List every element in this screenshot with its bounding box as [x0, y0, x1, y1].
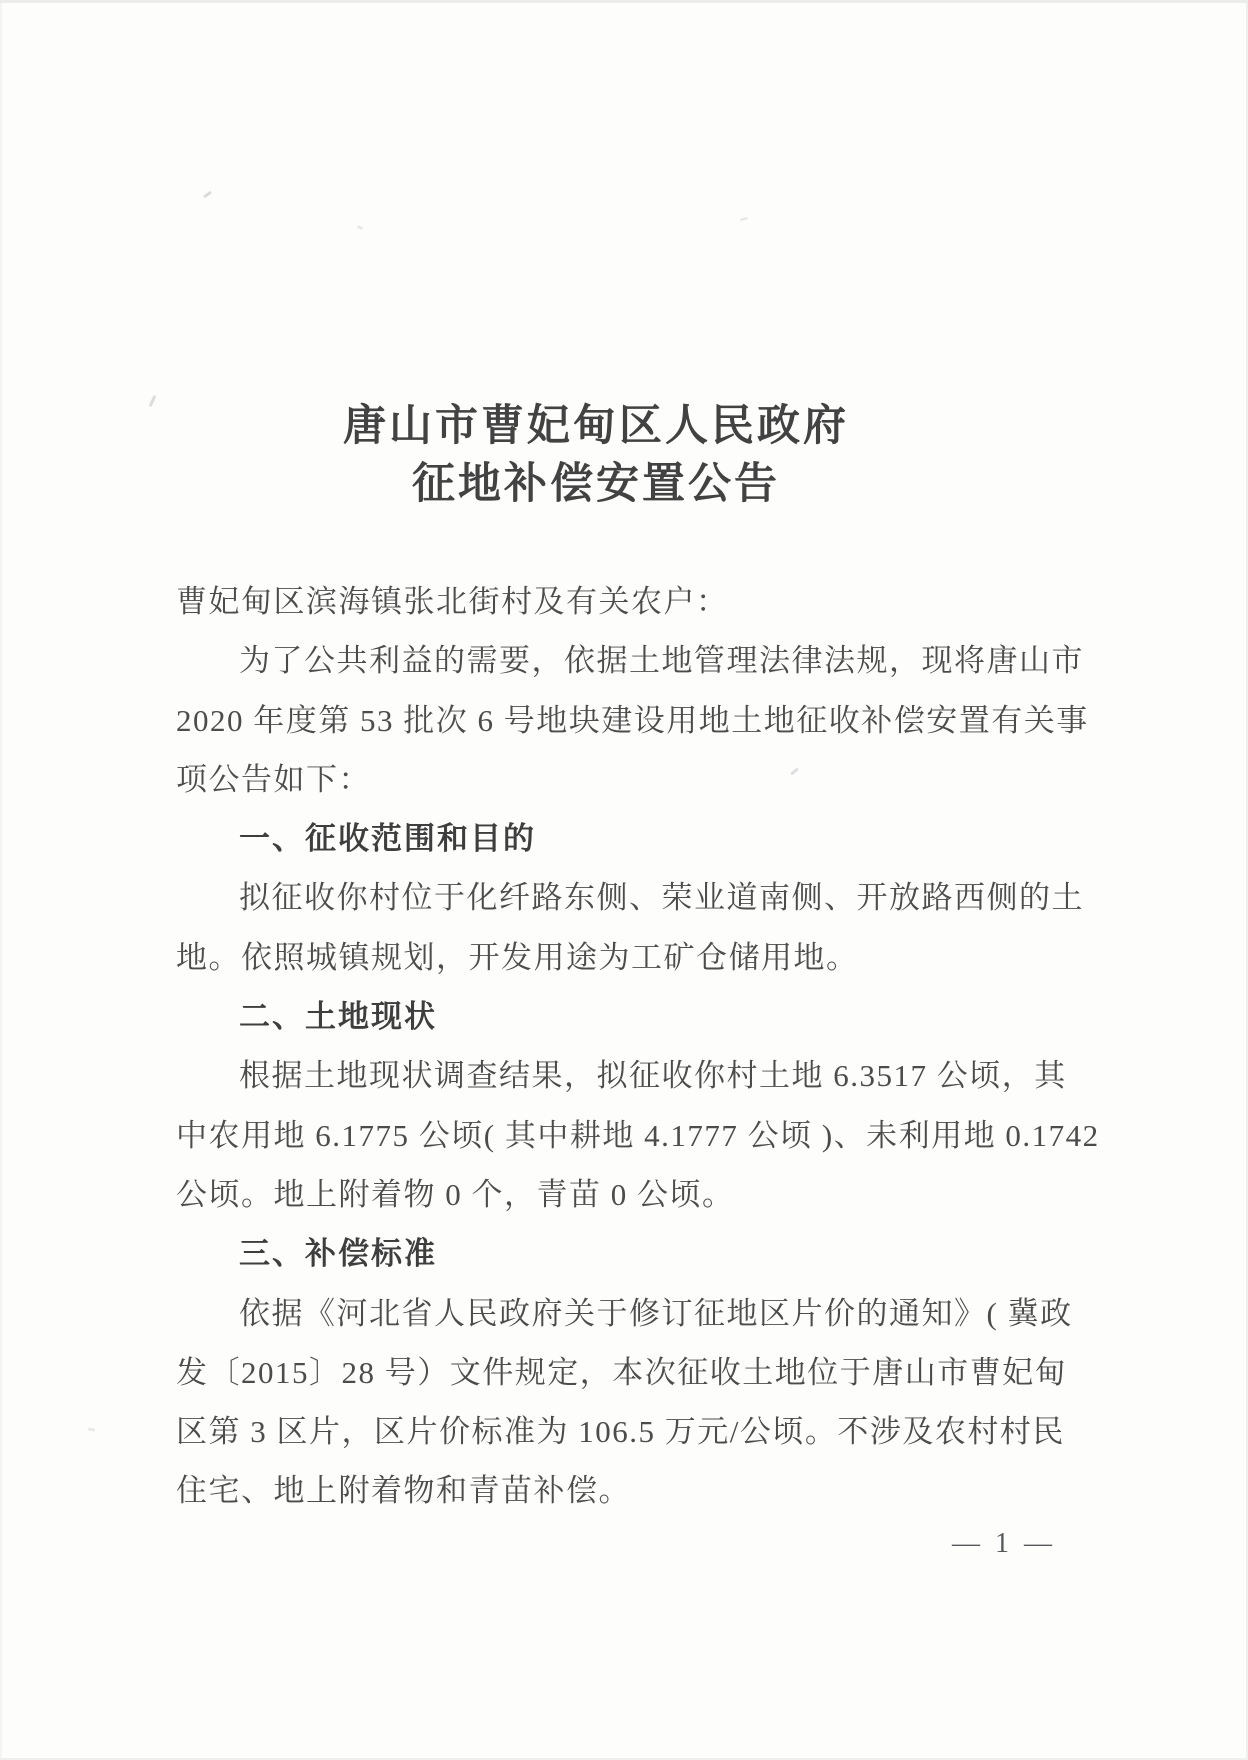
scan-artifact: [740, 217, 748, 221]
paragraph-line: 中农用地 6.1775 公顷( 其中耕地 4.1777 公顷 )、未利用地 0.…: [176, 1106, 1022, 1165]
title-line-2: 征地补偿安置公告: [176, 456, 1016, 514]
scan-artifact: [203, 191, 212, 199]
page-number: — 1 —: [952, 1528, 1056, 1560]
paragraph-line: 住宅、地上附着物和青苗补偿。: [176, 1461, 1022, 1520]
document-title: 唐山市曹妃甸区人民政府 征地补偿安置公告: [176, 398, 1016, 514]
paragraph-line: 发〔2015〕28 号）文件规定，本次征收土地位于唐山市曹妃甸: [176, 1343, 1022, 1402]
paragraph-line: 项公告如下：: [176, 750, 1022, 809]
paragraph-line: 公顷。地上附着物 0 个，青苗 0 公顷。: [176, 1165, 1022, 1224]
paragraph-line: 地。依照城镇规划，开发用途为工矿仓储用地。: [176, 928, 1022, 987]
paragraph-line: 根据土地现状调查结果，拟征收你村土地 6.3517 公顷，其: [176, 1046, 1022, 1105]
section-2-heading: 二、土地现状: [176, 987, 1022, 1046]
paragraph-line: 为了公共利益的需要，依据土地管理法律法规，现将唐山市: [176, 631, 1022, 690]
paragraph-line: 依据《河北省人民政府关于修订征地区片价的通知》( 冀政: [176, 1284, 1022, 1343]
paragraph-line: 2020 年度第 53 批次 6 号地块建设用地土地征收补偿安置有关事: [176, 691, 1022, 750]
section-3-heading: 三、补偿标准: [176, 1224, 1022, 1283]
salutation: 曹妃甸区滨海镇张北街村及有关农户：: [176, 572, 1022, 631]
document-page: 唐山市曹妃甸区人民政府 征地补偿安置公告 曹妃甸区滨海镇张北街村及有关农户： 为…: [0, 0, 1248, 1760]
scan-artifact: [149, 395, 157, 407]
paragraph-line: 拟征收你村位于化纤路东侧、荣业道南侧、开放路西侧的土: [176, 868, 1022, 927]
scan-artifact: [357, 225, 364, 230]
document-body: 曹妃甸区滨海镇张北街村及有关农户： 为了公共利益的需要，依据土地管理法律法规，现…: [176, 572, 1022, 1521]
paragraph-line: 区第 3 区片，区片价标准为 106.5 万元/公顷。不涉及农村村民: [176, 1402, 1022, 1461]
title-line-1: 唐山市曹妃甸区人民政府: [176, 398, 1016, 456]
section-1-heading: 一、征收范围和目的: [176, 809, 1022, 868]
scan-artifact: [88, 1427, 95, 1431]
